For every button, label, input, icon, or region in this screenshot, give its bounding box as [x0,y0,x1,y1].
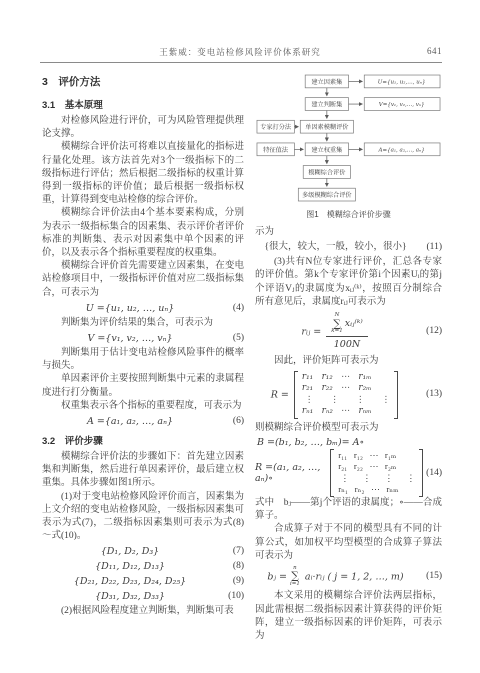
paragraph: 对检修风险进行评价，可为风险管理提供理论支撑。 [42,115,244,141]
paragraph: 模糊综合评价法可将难以直接量化的指标进行量化处理。该方法首先对3个一级指标下的二… [42,141,244,207]
eq15-term: aᵢ·rᵢⱼ [305,571,325,582]
matrix-row: rₙ₁ rₙ₂ ⋯ rₙₘ [302,406,390,418]
equation-14: B =(b₁, b₂, …, bₘ)= A∘ R =(a₁, a₂, …, aₙ… [255,437,442,497]
matrix-row: ⋮ ⋮ ⋮ ⋮ [338,473,415,485]
equation-number: (13) [416,388,442,401]
equation-9: {D₂₁, D₂₂, D₂₃, D₂₄, D₂₅} (9) [42,575,244,588]
equation-15: bⱼ = n ∑ i=1 aᵢ·rᵢⱼ ( j = 1, 2, …, m) (1… [255,566,442,588]
figure-1-flowchart: 建立因素集 建立判断集 单因素模糊评价 建立权重集 [255,72,442,220]
paragraph: 模糊综合评价法由4个基本要素构成，分别为表示一级指标集合的因素集、表示评价者评价… [42,207,244,260]
eq15-lhs: bⱼ = [267,571,287,582]
matrix-row: rₙ₁ rₙ₂ ⋯ rₙₘ [338,484,415,496]
equation-number: (14) [426,468,442,478]
matrix-row: r₂₁ r₂₂ ⋯ r₂ₘ [302,383,390,395]
page-number: 641 [427,46,442,56]
matrix-bracket-right [394,371,398,419]
equation-12: rᵢⱼ = N ∑ k=1 xᵢⱼ⁽ᵏ⁾ 100N (12) [255,313,442,351]
equation-body: {D₂₁, D₂₂, D₂₃, D₂₄, D₂₅} [42,575,218,588]
matrix-row: ⋮ ⋮ ⋮ ⋮ [302,395,390,407]
paragraph: 单因素评价主要按照判断集中元素的隶属程度进行打分衡量。 [42,373,244,399]
fraction-denominator: 100N [334,337,360,351]
paragraph: 式中 bⱼ——第j个评语的隶属度；∘——合成算子。 [255,497,442,523]
equation-body: R = r₁₁ r₁₂ ⋯ r₁ₘ r₂₁ r₂₂ ⋯ r₂ₘ ⋮ ⋮ ⋮ ⋮ … [255,371,416,419]
numerator-term: xᵢⱼ⁽ᵏ⁾ [345,317,363,330]
section-heading: 3 评价方法 [42,74,244,89]
flowchart-formula-v: V={v₁, v₂,…, vₙ} [364,98,440,111]
equation-8: {D₁₁, D₁₂, D₁₃} (8) [42,560,244,573]
equation-5: V ={v₁, v₂, …, vₙ} (5) [42,332,244,345]
svg-text:V={v₁, v₂,…, vₙ}: V={v₁, v₂,…, vₙ} [379,102,425,108]
paragraph: (2)根据风险程度建立判断集，判断集可表 [42,605,244,618]
svg-text:单因素模糊评价: 单因素模糊评价 [305,123,349,131]
summation-symbol: n ∑ i=1 [290,566,300,588]
matrix-row: r₂₁ r₂₂ ⋯ r₂ₘ [338,461,415,473]
flowchart-formula-a: A={a₁, a₂,…, aₙ} [364,143,440,156]
paragraph: 权重集表示各个指标的重要程度，可表示为 [42,400,244,413]
equation-10: {D₃₁, D₃₂, D₃₃} (10) [42,590,244,603]
equation-number: (6) [218,415,244,428]
matrix: r₁₁ r₁₂ ⋯ r₁ₘ r₂₁ r₂₂ ⋯ r₂ₘ ⋮ ⋮ ⋮ ⋮ rₙ₁ … [294,371,398,419]
fraction: N ∑ k=1 xᵢⱼ⁽ᵏ⁾ 100N [326,313,367,351]
flowchart-node-factor-set: 建立因素集 [305,75,348,88]
flowchart-node-judge-set: 建立判断集 [305,98,348,111]
eq13-lhs: R = [271,389,289,400]
svg-text:U={u₁, u₂,…, uₙ}: U={u₁, u₂,…, uₙ} [378,79,426,85]
flowchart-svg: 建立因素集 建立判断集 单因素模糊评价 建立权重集 [255,72,442,206]
figure-caption: 图1 模糊综合评价步骤 [255,209,442,220]
eq15-condition: ( j = 1, 2, …, m) [328,571,404,582]
svg-text:专家打分法: 专家打分法 [260,123,292,131]
eq14-lhs: R =(a₁, a₂, …, aₙ)∘ [255,462,328,484]
matrix-row: r₁₁ r₁₂ ⋯ r₁ₘ [338,450,415,462]
paragraph: (1)对于变电站检修风险评价而言，因素集为上文介绍的变电站检修风险，一级指标因素… [42,491,244,544]
two-column-body: 3 评价方法 3.1 基本原理 对检修风险进行评价，可为风险管理提供理论支撑。 … [42,72,442,643]
svg-text:特征值法: 特征值法 [263,146,289,154]
left-column: 3 评价方法 3.1 基本原理 对检修风险进行评价，可为风险管理提供理论支撑。 … [42,72,244,643]
flowchart-node-weight-set: 建立权重集 [305,143,348,156]
matrix: r₁₁ r₁₂ ⋯ r₁ₘ r₂₁ r₂₂ ⋯ r₂ₘ ⋮ ⋮ ⋮ ⋮ rₙ₁ … [330,449,423,497]
equation-number: (12) [416,325,442,338]
subsection-heading-32: 3.2 评价步骤 [42,433,244,447]
svg-text:建立权重集: 建立权重集 [311,146,342,154]
paragraph: 判断集用于估计变电站检修风险事件的概率与损失。 [42,347,244,373]
paragraph: 模糊综合评价首先需要建立因素集，在变电站检修项目中，一级指标评价值对应二级指标集… [42,260,244,300]
equation-number: (11) [416,241,442,254]
equation-11: {很大，较大，一般，较小，很小} (11) [255,241,442,254]
equation-7: {D₁, D₂, D₃} (7) [42,545,244,558]
equation-number: (10) [218,590,244,603]
flowchart-node-eigenvalue-method: 特征值法 [257,143,294,156]
equation-6: A ={a₁, a₂, …, aₙ} (6) [42,415,244,428]
paragraph: 判断集为评价结果的集合，可表示为 [42,317,244,330]
equation-number: (4) [218,302,244,315]
flowchart-node-fuzzy-eval: 模糊综合评价 [303,166,350,179]
summation-symbol: N ∑ k=1 [331,313,342,335]
equation-body: V ={v₁, v₂, …, vₙ} [42,332,218,345]
equation-number: (5) [218,332,244,345]
svg-text:建立判断集: 建立判断集 [311,101,342,109]
equation-body: {很大，较大，一般，较小，很小} [255,241,416,254]
equation-body: bⱼ = n ∑ i=1 aᵢ·rᵢⱼ ( j = 1, 2, …, m) [255,566,416,588]
flowchart-node-single-factor-eval: 单因素模糊评价 [300,120,353,133]
paragraph: (3)共有N位专家进行评价，汇总各专家的评价值。第k个专家评价第i个因素Uᵢ的第… [255,256,442,309]
matrix-bracket-right [419,449,423,497]
equation-body: rᵢⱼ = N ∑ k=1 xᵢⱼ⁽ᵏ⁾ 100N [255,313,416,351]
equation-body: {D₁₁, D₁₂, D₁₃} [42,560,218,573]
paragraph: 本文采用的模糊综合评价法两层指标，因此需根据二级指标因素计算获得的评价矩阵，建立… [255,590,442,643]
svg-text:多级模糊综合评价: 多级模糊综合评价 [302,191,352,199]
paragraph: 模糊综合评价法的步骤如下：首先建立因素集和判断集，然后进行单因素评价，最后建立权… [42,451,244,491]
equation-number: (7) [218,545,244,558]
equation-body: {D₃₁, D₃₂, D₃₃} [42,590,218,603]
flowchart-formula-u: U={u₁, u₂,…, uₙ} [364,75,440,88]
equation-4: U ={u₁, u₂, …, uₙ} (4) [42,302,244,315]
equation-13: R = r₁₁ r₁₂ ⋯ r₁ₘ r₂₁ r₂₂ ⋯ r₂ₘ ⋮ ⋮ ⋮ ⋮ … [255,371,442,419]
flowchart-node-multilevel-eval: 多级模糊综合评价 [298,188,355,201]
equation-body: A ={a₁, a₂, …, aₙ} [42,415,218,428]
svg-text:A={a₁, a₂,…, aₙ}: A={a₁, a₂,…, aₙ} [377,147,424,153]
fraction-numerator: N ∑ k=1 xᵢⱼ⁽ᵏ⁾ [326,313,367,337]
page-header: 王紫威：变电站检修风险评价体系研究 641 [40,46,440,60]
flowchart-node-expert-scoring: 专家打分法 [257,120,294,133]
running-title: 王紫威：变电站检修风险评价体系研究 [40,46,440,58]
paragraph: 则模糊综合评价模型可表示为 [255,422,442,435]
svg-text:建立因素集: 建立因素集 [311,78,342,86]
header-rule [40,62,442,63]
paragraph: 示为 [255,226,442,239]
equation-number: (15) [416,570,442,583]
right-column: 建立因素集 建立判断集 单因素模糊评价 建立权重集 [255,72,442,643]
subsection-heading-31: 3.1 基本原理 [42,97,244,111]
paper-page: 王紫威：变电站检修风险评价体系研究 641 3 评价方法 3.1 基本原理 对检… [0,0,480,673]
equation-number: (9) [218,575,244,588]
matrix-row: r₁₁ r₁₂ ⋯ r₁ₘ [302,372,390,384]
paragraph: 合成算子对于不同的模型具有不同的计算公式，如加权平均型模型的合成算子算法可表示为 [255,523,442,563]
equation-body: {D₁, D₂, D₃} [42,545,218,558]
equation-number: (8) [218,560,244,573]
paragraph: 因此，评价矩阵可表示为 [255,355,442,368]
eq14-line1: B =(b₁, b₂, …, bₘ)= A∘ [257,437,442,448]
equation-body: U ={u₁, u₂, …, uₙ} [42,302,218,315]
eq12-lhs: rᵢⱼ = [301,326,321,337]
svg-text:模糊综合评价: 模糊综合评价 [308,168,346,176]
